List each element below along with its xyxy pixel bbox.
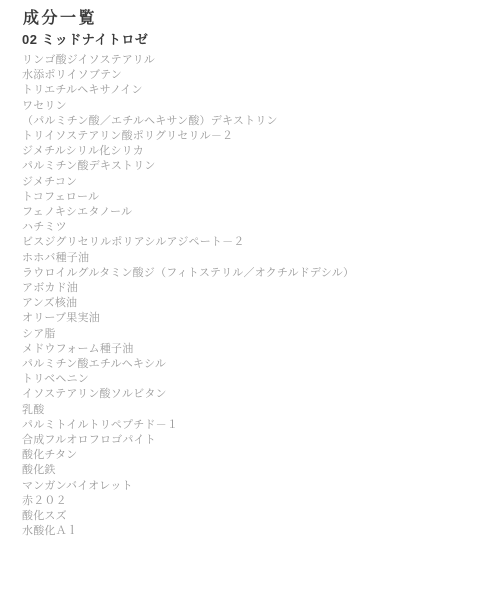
page-title: 成分一覧 <box>23 8 480 29</box>
ingredient-item: （パルミチン酸／エチルヘキサン酸）デキストリン <box>22 114 480 129</box>
ingredient-item: フェノキシエタノール <box>22 205 480 220</box>
ingredient-item: ラウロイルグルタミン酸ジ（フィトステリル／オクチルドデシル） <box>22 266 480 281</box>
ingredient-item: トコフェロール <box>22 190 480 205</box>
ingredient-page: 成分一覧 02 ミッドナイトロゼ リンゴ酸ジイソステアリル水添ポリイソブテントリ… <box>0 0 500 600</box>
ingredient-item: 酸化鉄 <box>22 463 480 478</box>
ingredient-item: トリエチルヘキサノイン <box>22 83 480 98</box>
ingredient-item: アボカド油 <box>22 281 480 296</box>
ingredient-item: 乳酸 <box>22 403 480 418</box>
ingredient-list: リンゴ酸ジイソステアリル水添ポリイソブテントリエチルヘキサノインワセリン（パルミ… <box>22 53 480 540</box>
ingredient-item: オリーブ果実油 <box>22 311 480 326</box>
ingredient-item: パルミチン酸デキストリン <box>22 159 480 174</box>
ingredient-item: ホホバ種子油 <box>22 251 480 266</box>
ingredient-item: ビスジグリセリルポリアシルアジペート－２ <box>22 235 480 250</box>
ingredient-item: リンゴ酸ジイソステアリル <box>22 53 480 68</box>
ingredient-item: シア脂 <box>22 327 480 342</box>
ingredient-item: ジメチルシリル化シリカ <box>22 144 480 159</box>
ingredient-item: マンガンバイオレット <box>22 479 480 494</box>
ingredient-item: 合成フルオロフロゴパイト <box>22 433 480 448</box>
ingredient-item: 水酸化Ａｌ <box>22 524 480 539</box>
ingredient-item: 赤２０２ <box>22 494 480 509</box>
shade-name: 02 ミッドナイトロゼ <box>22 30 480 49</box>
ingredient-item: アンズ核油 <box>22 296 480 311</box>
ingredient-item: ハチミツ <box>22 220 480 235</box>
ingredient-item: メドウフォーム種子油 <box>22 342 480 357</box>
ingredient-item: イソステアリン酸ソルビタン <box>22 387 480 402</box>
ingredient-item: トリイソステアリン酸ポリグリセリル－２ <box>22 129 480 144</box>
ingredient-item: トリベヘニン <box>22 372 480 387</box>
ingredient-item: パルミトイルトリペプチド－１ <box>22 418 480 433</box>
ingredient-item: ワセリン <box>22 99 480 114</box>
ingredient-item: 酸化スズ <box>22 509 480 524</box>
ingredient-item: パルミチン酸エチルヘキシル <box>22 357 480 372</box>
ingredient-item: 酸化チタン <box>22 448 480 463</box>
ingredient-item: 水添ポリイソブテン <box>22 68 480 83</box>
ingredient-item: ジメチコン <box>22 175 480 190</box>
